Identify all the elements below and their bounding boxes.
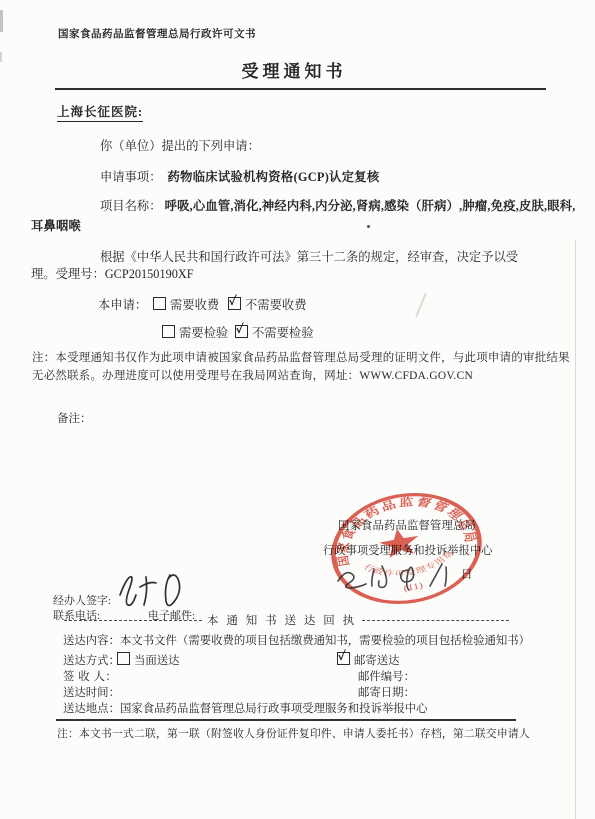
mail-delivery-option: ✓邮寄送达: [337, 652, 400, 668]
delivery-content-value: 本文书文件（需要收费的项目包括缴费通知书，需要检验的项目包括检验通知书）: [120, 635, 530, 647]
footer-note: 注：本文书一式二联，第一联（附签收人身份证件复印件、申请人委托书）存档，第二联交…: [57, 726, 530, 741]
mail-delivery-label: 邮寄送达: [354, 655, 400, 667]
application-item-row: 申请事项：药物临床试验机构资格(GCP)认定复核: [100, 167, 380, 185]
intro-text: 你（单位）提出的下列申请：: [100, 136, 260, 154]
fee-not-required-label: 不需要收费: [245, 298, 307, 312]
receipt-divider: 本 通 知 书 送 达 回 执: [64, 612, 509, 628]
delivery-content-row: 送达内容：本文书文件（需要收费的项目包括缴费通知书，需要检验的项目包括检验通知书…: [63, 632, 530, 648]
inspection-required-option: ✓需要检验: [162, 323, 228, 341]
project-name-label: 项目名称：: [100, 199, 162, 213]
fee-not-required-option: ✓不需要收费: [228, 295, 307, 313]
fee-not-required-checkbox[interactable]: ✓: [228, 297, 241, 310]
inspection-required-label: 需要检验: [179, 326, 228, 340]
check-icon: ✓: [338, 649, 346, 663]
inspection-not-required-option: ✓不需要检验: [235, 323, 314, 341]
official-seal: 国家食品药品监督管理总局 行政许可受理专用章 (11): [318, 478, 495, 619]
scan-edge-line: [575, 240, 576, 819]
mail-delivery-checkbox[interactable]: ✓: [337, 652, 350, 665]
fee-required-option: ✓需要收费: [153, 295, 219, 313]
page-title: 受理通知书: [0, 57, 588, 82]
mail-date-label: 邮寄日期：: [358, 684, 415, 700]
notice-disclaimer-note: 注：本受理通知书仅作为此项申请被国家食品药品监督管理总局受理的证明文件，与此项申…: [32, 350, 574, 386]
signer-label: 签 收 人：: [63, 668, 117, 684]
fee-section-label: 本申请：: [98, 295, 147, 313]
remarks-label: 备注：: [57, 410, 92, 426]
in-person-delivery-label: 当面送达: [134, 655, 180, 667]
in-person-delivery-option: ✓当面送达: [117, 652, 180, 668]
handwritten-date: [334, 561, 466, 591]
fee-required-checkbox[interactable]: ✓: [153, 297, 166, 310]
delivery-content-label: 送达内容：: [63, 635, 120, 647]
application-item-value: 药物临床试验机构资格(GCP)认定复核: [168, 170, 380, 184]
handler-signature-label: 经办人签字:: [53, 592, 111, 608]
footer-divider: [56, 719, 516, 721]
scan-edge-mark: [0, 10, 3, 32]
divider-dashes-right: [362, 620, 509, 621]
seal-star-icon: [377, 526, 421, 560]
inspection-not-required-checkbox[interactable]: ✓: [235, 325, 248, 338]
recipient-name: 上海长征医院:: [57, 102, 143, 122]
fee-required-label: 需要收费: [170, 298, 219, 312]
handwritten-signature: [112, 569, 190, 611]
check-icon: ✓: [229, 294, 237, 308]
scan-scratch-artifact: [415, 293, 427, 318]
divider-dashes-left: [64, 620, 202, 621]
delivery-place-row: 送达地点：国家食品药品监督管理总局行政事项受理服务和投诉举报中心: [63, 700, 428, 716]
legal-acceptance-paragraph: 根据《中华人民共和国行政许可法》第三十二条的规定，经审查，决定予以受理。受理号：…: [31, 249, 539, 283]
mail-number-label: 邮件编号：: [358, 668, 415, 684]
project-name-paragraph: 项目名称： 呼吸,心血管,消化,神经内科,内分泌,肾病,感染（肝病）,肿瘤,免疫…: [31, 197, 576, 236]
title-divider: [55, 88, 546, 90]
delivery-place-value: 国家食品药品监督管理总局行政事项受理服务和投诉举报中心: [120, 703, 428, 715]
inspection-not-required-label: 不需要检验: [252, 326, 314, 340]
check-icon: ✓: [236, 322, 244, 336]
application-item-label: 申请事项：: [100, 170, 162, 184]
doc-type-label: 国家食品药品监督管理总局行政许可文书: [58, 26, 256, 41]
scanned-document-page: 国家食品药品监督管理总局行政许可文书 受理通知书 上海长征医院: 你（单位）提出…: [0, 0, 595, 819]
delivery-time-label: 送达时间：: [63, 684, 120, 700]
scan-dot-artifact: [367, 225, 370, 228]
delivery-method-label: 送达方式：: [63, 652, 120, 668]
inspection-required-checkbox[interactable]: ✓: [162, 325, 175, 338]
scan-edge-mark: [0, 52, 2, 62]
delivery-place-label: 送达地点：: [63, 703, 120, 715]
in-person-delivery-checkbox[interactable]: ✓: [117, 652, 130, 665]
